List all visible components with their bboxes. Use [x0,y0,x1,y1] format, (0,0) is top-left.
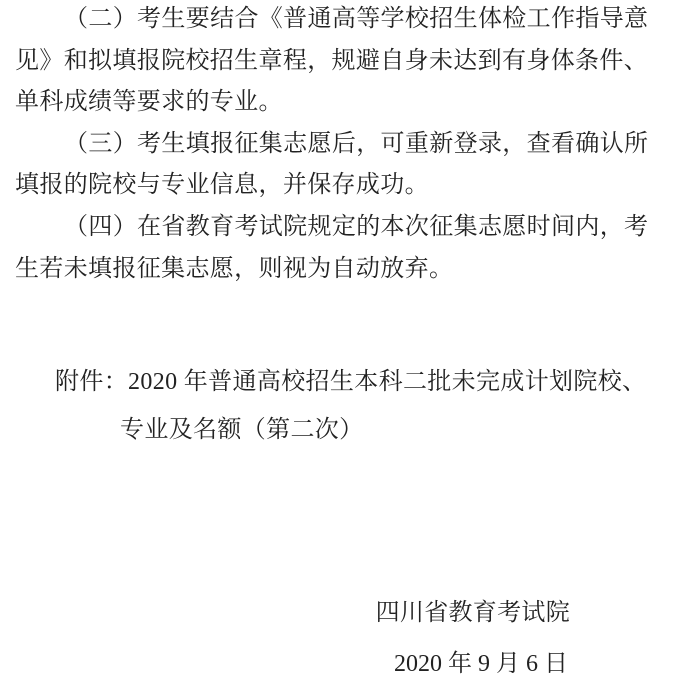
body-line: （三）考生填报征集志愿后，可重新登录，查看确认所 [15,124,655,166]
attachment-line: 专业及名额（第二次） [15,406,655,454]
issuing-authority: 四川省教育考试院 [376,599,570,627]
attachment-line: 附件：2020 年普通高校招生本科二批未完成计划院校、 [15,358,655,406]
body-line: （二）考生要结合《普通高等学校招生体检工作指导意 [15,0,655,41]
body-line: （四）在省教育考试院规定的本次征集志愿时间内，考 [15,207,655,249]
paragraph-item-4: （四）在省教育考试院规定的本次征集志愿时间内，考 生若未填报征集志愿，则视为自动… [15,207,655,290]
body-line: 见》和拟填报院校招生章程，规避自身未达到有身体条件、 [15,41,655,83]
notice-body: （二）考生要结合《普通高等学校招生体检工作指导意 见》和拟填报院校招生章程，规避… [15,0,655,290]
paragraph-item-2: （二）考生要结合《普通高等学校招生体检工作指导意 见》和拟填报院校招生章程，规避… [15,0,655,124]
attachment-reference: 附件：2020 年普通高校招生本科二批未完成计划院校、 专业及名额（第二次） [15,358,655,454]
document-page: （二）考生要结合《普通高等学校招生体检工作指导意 见》和拟填报院校招生章程，规避… [0,0,680,688]
body-line: 填报的院校与专业信息，并保存成功。 [15,165,655,207]
paragraph-item-3: （三）考生填报征集志愿后，可重新登录，查看确认所 填报的院校与专业信息，并保存成… [15,124,655,207]
body-line: 单科成绩等要求的专业。 [15,82,655,124]
issue-date: 2020 年 9 月 6 日 [394,650,568,678]
body-line: 生若未填报征集志愿，则视为自动放弃。 [15,249,655,291]
